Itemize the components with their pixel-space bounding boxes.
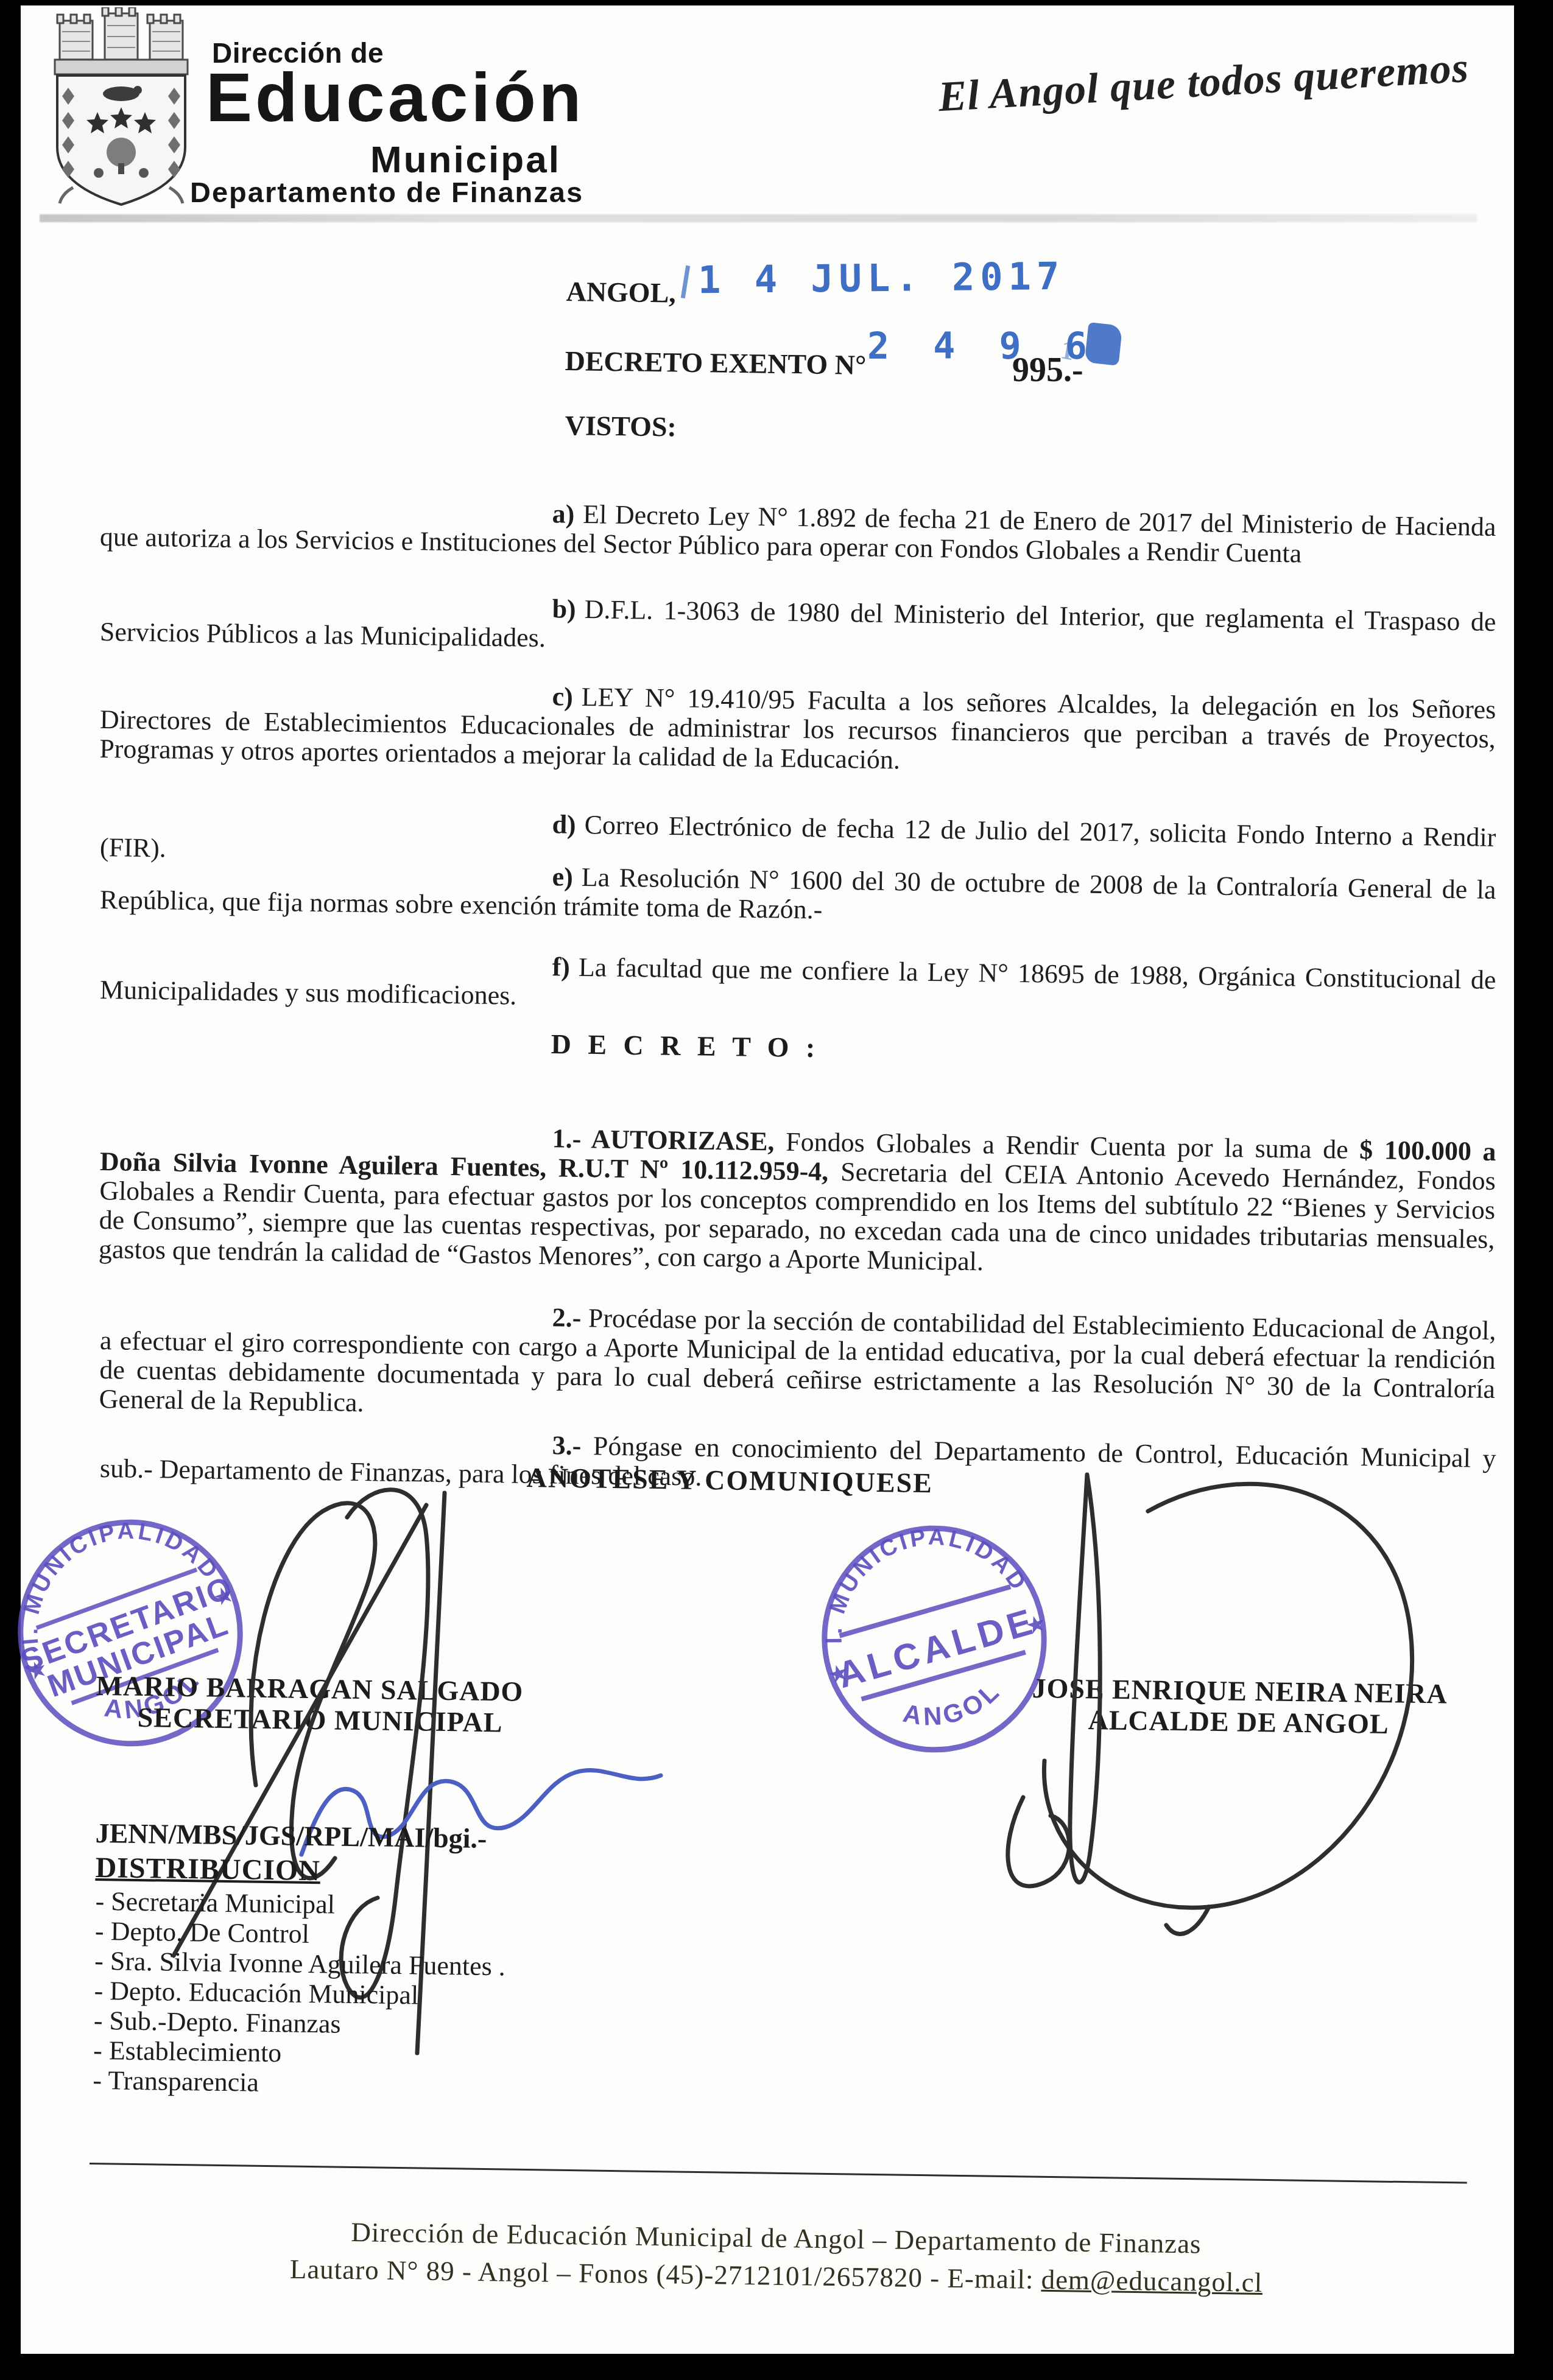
angol-coat-of-arms (37, 7, 206, 207)
header-educacion: Educación (206, 63, 584, 133)
scan-border-left (0, 0, 21, 2380)
distribution-item: - Transparencia (93, 2065, 504, 2101)
distribution-list: - Secretaria Municipal - Depto. De Contr… (93, 1886, 506, 2101)
footer-email: dem@educangol.cl (1041, 2264, 1262, 2298)
distribution-initials: JENN/MBS/JGS/RPL/MAI/bgi.- (95, 1817, 487, 1855)
ink-blot (1085, 322, 1123, 365)
item-number: 2.- (552, 1302, 581, 1333)
header-departamento-finanzas: Departamento de Finanzas (190, 178, 583, 206)
item-text: D.F.L. 1-3063 de 1980 del Ministerio del… (100, 594, 1496, 653)
item-letter: c) (552, 681, 573, 711)
scan-border-top (0, 0, 1553, 5)
item-text: Correo Electrónico de fecha 12 de Julio … (100, 810, 1496, 863)
scan-border-bottom (0, 2354, 1553, 2380)
item-letter: f) (552, 952, 570, 981)
decreto-heading: D E C R E T O : (551, 1028, 820, 1064)
date-stamp: 1 4 JUL. 2017 (698, 254, 1065, 302)
decree-number-label: DECRETO EXENTO N° (565, 345, 866, 381)
header-municipal: Municipal (370, 141, 561, 179)
footer-rule (90, 2163, 1467, 2184)
item-number: 3.- (552, 1430, 581, 1461)
stamp-ink-artifact (681, 265, 690, 298)
item-letter: b) (552, 594, 576, 624)
city-date-label: ANGOL, (566, 275, 676, 309)
footer-address: Lautaro N° 89 - Angol – Fonos (45)-27121… (290, 2254, 1041, 2295)
item-text: Procédase por la sección de contabilidad… (99, 1303, 1496, 1417)
decreto-item-2: 2.- Procédase por la sección de contabil… (99, 1297, 1496, 1433)
item-text: La facultad que me confiere la Ley N° 18… (100, 952, 1496, 1011)
vistos-item-c: c)LEY N° 19.410/95 Faculta a los señores… (99, 676, 1496, 783)
mayor-signature (965, 1456, 1440, 1950)
header-divider-band (40, 214, 1477, 222)
item-letter: a) (552, 499, 574, 529)
vistos-item-a: a)El Decreto Ley N° 1.892 de fecha 21 de… (100, 493, 1496, 571)
item-letter: e) (552, 862, 573, 891)
scanned-decree-page: Dirección de Educación Municipal Departa… (0, 0, 1553, 2380)
vistos-item-f: f)La facultad que me confiere la Ley N° … (100, 946, 1496, 1024)
decreto-item-1: 1.- AUTORIZASE, Fondos Globales a Rendir… (99, 1118, 1496, 1283)
distribution-heading: DISTRIBUCION (95, 1851, 320, 1887)
item-letter: d) (552, 809, 576, 840)
pen-scribble-blue (289, 1739, 679, 1879)
closing-line: ANOTESE Y COMUNIQUESE (526, 1461, 933, 1499)
scan-border-right (1514, 0, 1553, 2380)
vistos-heading: VISTOS: (565, 409, 677, 443)
item-text: La Resolución N° 1600 del 30 de octubre … (100, 862, 1496, 925)
vistos-item-b: b)D.F.L. 1-3063 de 1980 del Ministerio d… (100, 588, 1496, 666)
item-number: 1.- AUTORIZASE, (552, 1123, 775, 1156)
item-text: El Decreto Ley N° 1.892 de fecha 21 de E… (100, 499, 1496, 568)
item-text: LEY N° 19.410/95 Faculta a los señores A… (99, 682, 1496, 774)
header-slogan: El Angol que todos queremos (937, 44, 1470, 122)
